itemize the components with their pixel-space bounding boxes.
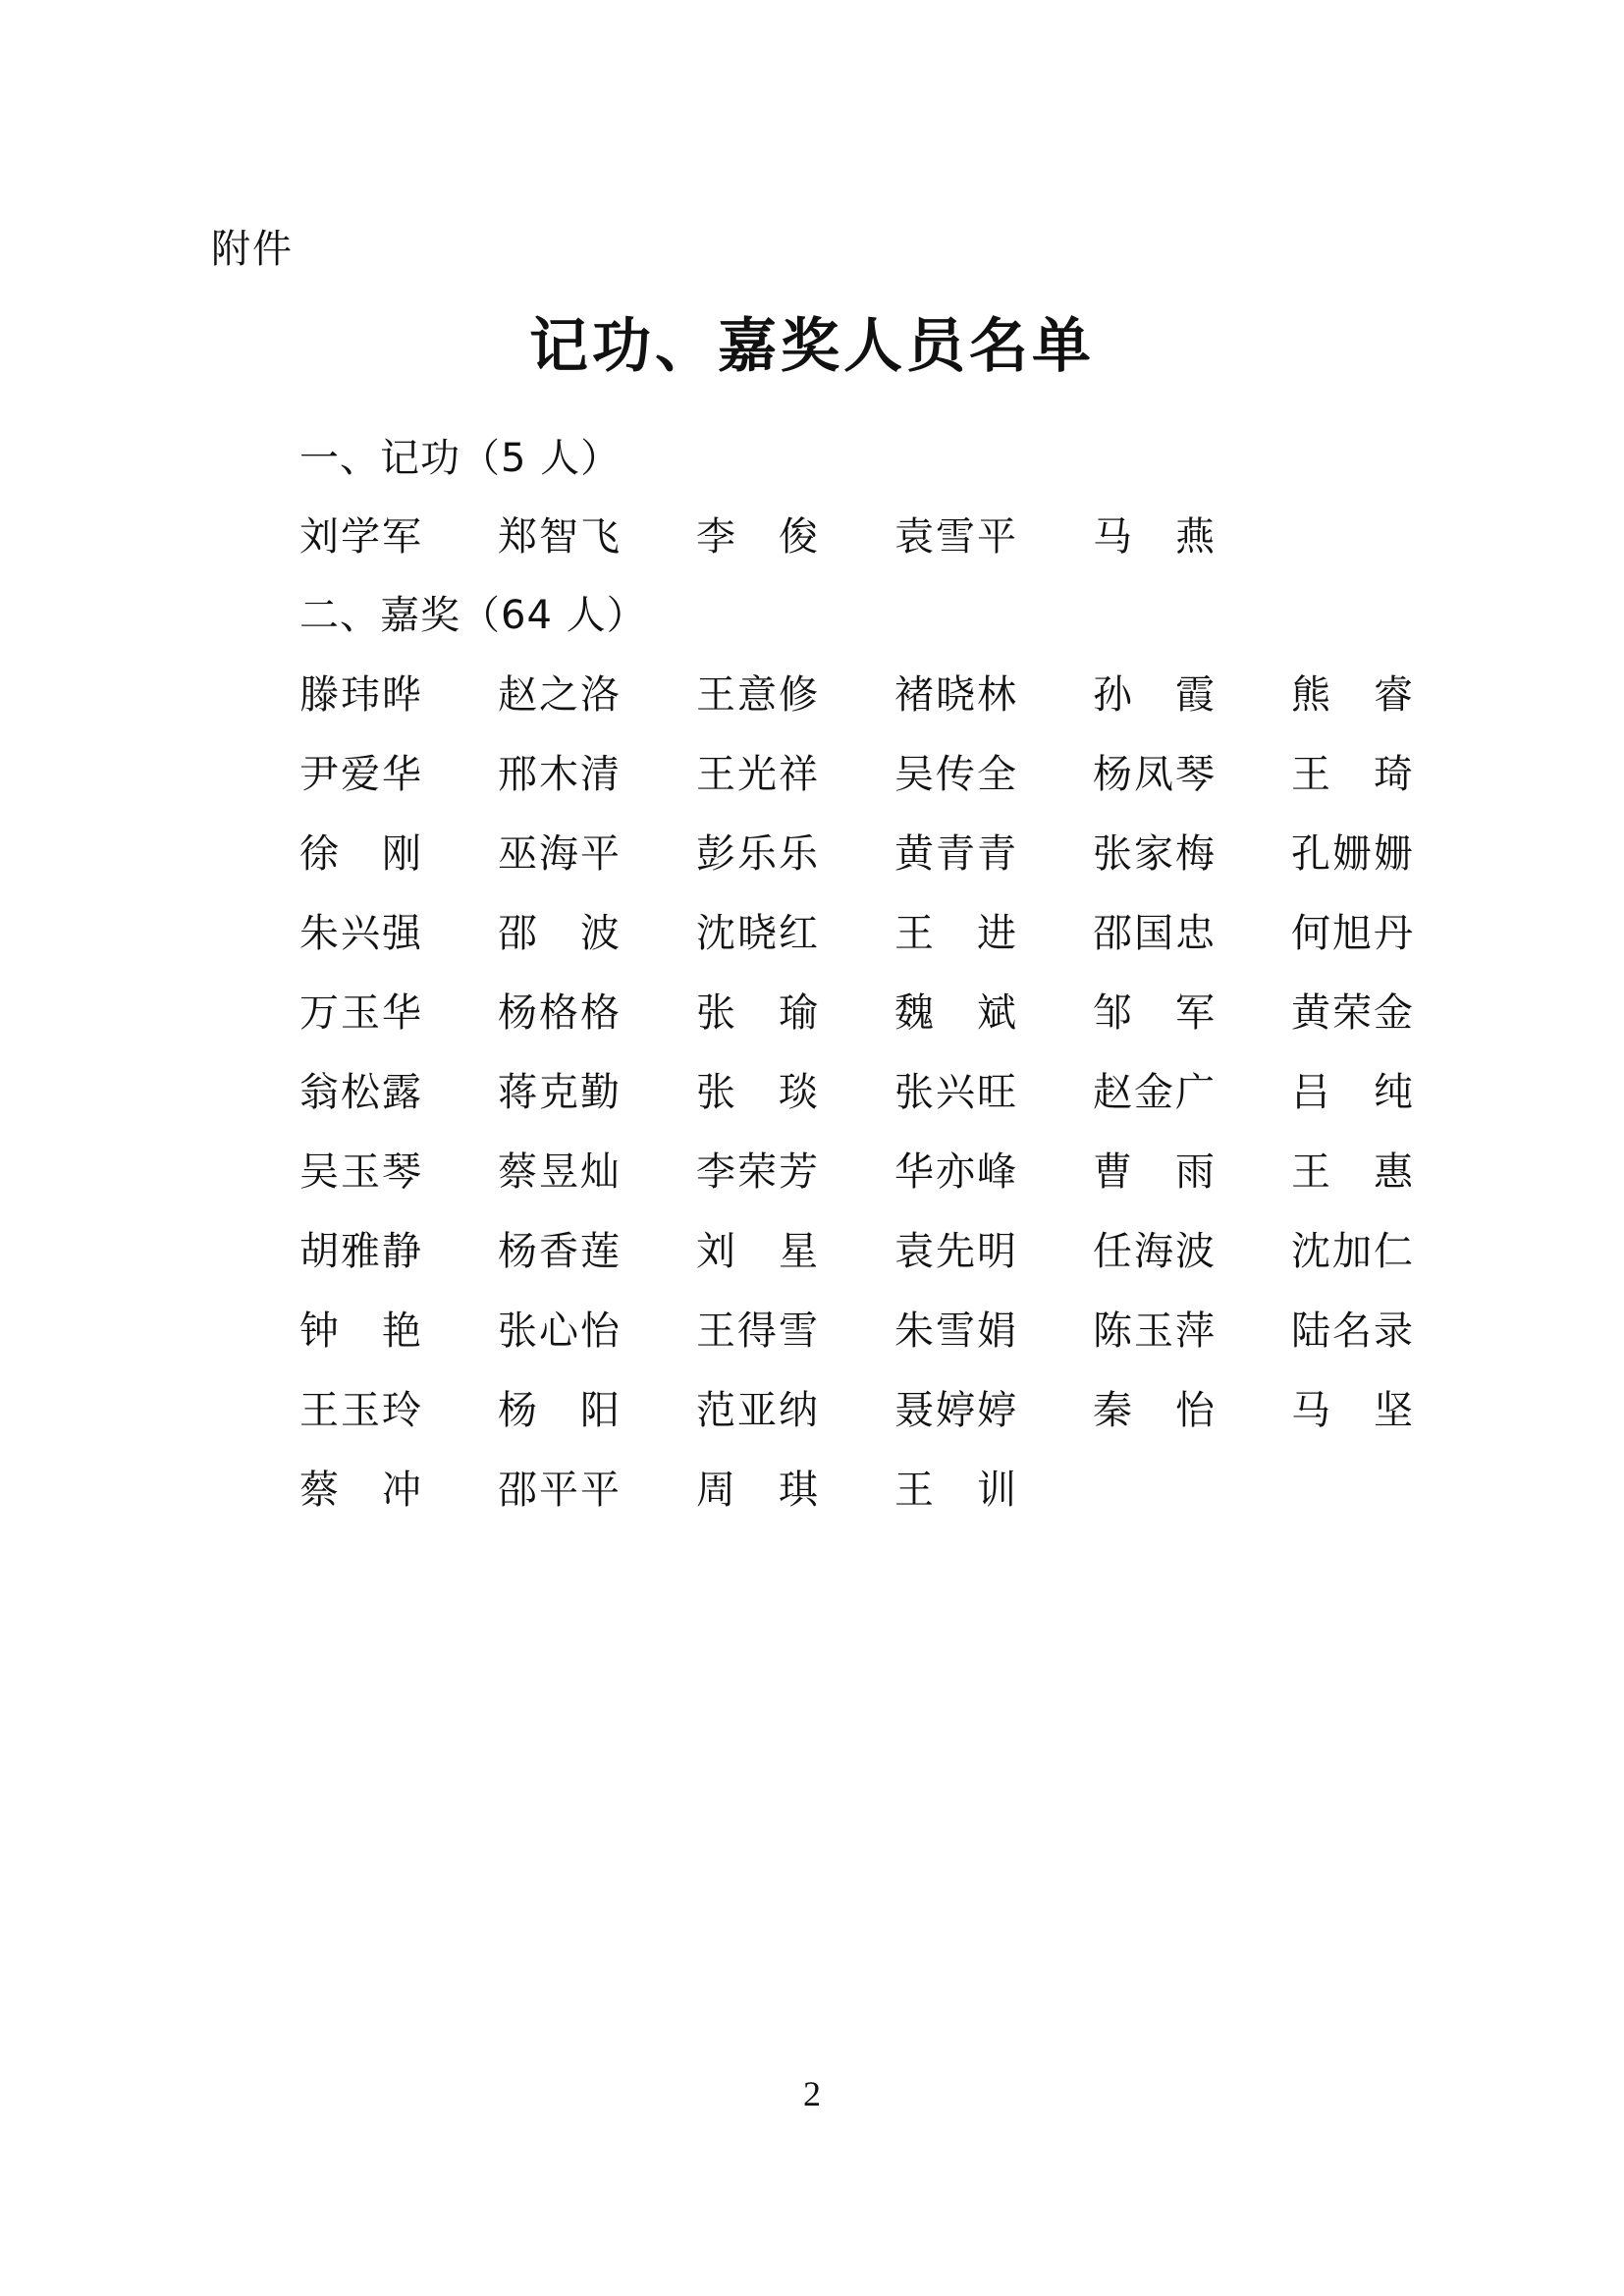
person-name: 秦 怡 [1093, 1379, 1291, 1459]
person-name: 钟 艳 [299, 1300, 498, 1379]
person-name: 张兴旺 [894, 1061, 1093, 1141]
person-name: 魏 斌 [894, 982, 1093, 1061]
person-name: 杨香莲 [498, 1220, 696, 1300]
person-name: 邹 军 [1093, 982, 1291, 1061]
section-heading-merit: 一、记功（5 人） [299, 427, 621, 483]
page-number: 2 [0, 2073, 1624, 2114]
person-name: 杨凤琴 [1093, 743, 1291, 823]
person-name: 赵金广 [1093, 1061, 1291, 1141]
person-name: 曹 雨 [1093, 1141, 1291, 1220]
person-name: 李 俊 [696, 506, 894, 585]
name-row: 胡雅静杨香莲刘 星袁先明任海波沈加仁 [299, 1220, 1489, 1300]
person-name: 朱雪娟 [894, 1300, 1093, 1379]
attachment-label: 附件 [211, 218, 294, 274]
name-row: 刘学军 郑智飞 李 俊 袁雪平 马 燕 [299, 506, 1291, 585]
person-name: 袁雪平 [894, 506, 1093, 585]
person-name: 赵之洛 [498, 664, 696, 743]
person-name: 杨 阳 [498, 1379, 696, 1459]
person-name: 万玉华 [299, 982, 498, 1061]
name-row: 吴玉琴蔡昱灿李荣芳华亦峰曹 雨王 惠 [299, 1141, 1489, 1220]
person-name: 马 燕 [1093, 506, 1291, 585]
person-name: 邵 波 [498, 902, 696, 982]
person-name: 吕 纯 [1291, 1061, 1489, 1141]
person-name: 张心怡 [498, 1300, 696, 1379]
person-name: 杨格格 [498, 982, 696, 1061]
name-row: 朱兴强邵 波沈晓红王 进邵国忠何旭丹 [299, 902, 1489, 982]
person-name: 郑智飞 [498, 506, 696, 585]
person-name: 王 惠 [1291, 1141, 1489, 1220]
person-name: 刘 星 [696, 1220, 894, 1300]
person-name: 翁松露 [299, 1061, 498, 1141]
person-name: 黄青青 [894, 823, 1093, 902]
person-name: 滕玮晔 [299, 664, 498, 743]
person-name: 陈玉萍 [1093, 1300, 1291, 1379]
person-name: 张家梅 [1093, 823, 1291, 902]
person-name: 刘学军 [299, 506, 498, 585]
person-name: 任海波 [1093, 1220, 1291, 1300]
name-row: 尹爱华邢木清王光祥吴传全杨凤琴王 琦 [299, 743, 1489, 823]
person-name: 彭乐乐 [696, 823, 894, 902]
person-name: 王意修 [696, 664, 894, 743]
person-name: 王光祥 [696, 743, 894, 823]
person-name: 华亦峰 [894, 1141, 1093, 1220]
person-name: 孔姗姗 [1291, 823, 1489, 902]
merit-name-list: 刘学军 郑智飞 李 俊 袁雪平 马 燕 [299, 506, 1291, 585]
person-name: 王 训 [894, 1459, 1093, 1538]
name-row: 万玉华杨格格张 瑜魏 斌邹 军黄荣金 [299, 982, 1489, 1061]
person-name: 袁先明 [894, 1220, 1093, 1300]
person-name: 蔡昱灿 [498, 1141, 696, 1220]
person-name: 邵平平 [498, 1459, 696, 1538]
person-name: 褚晓林 [894, 664, 1093, 743]
person-name: 王 琦 [1291, 743, 1489, 823]
name-row: 滕玮晔赵之洛王意修褚晓林孙 霞熊 睿 [299, 664, 1489, 743]
name-row: 翁松露蒋克勤张 琰张兴旺赵金广吕 纯 [299, 1061, 1489, 1141]
person-name: 吴玉琴 [299, 1141, 498, 1220]
person-name: 王得雪 [696, 1300, 894, 1379]
person-name: 黄荣金 [1291, 982, 1489, 1061]
person-name: 范亚纳 [696, 1379, 894, 1459]
person-name: 蒋克勤 [498, 1061, 696, 1141]
person-name: 周 琪 [696, 1459, 894, 1538]
person-name: 王玉玲 [299, 1379, 498, 1459]
name-row: 钟 艳张心怡王得雪朱雪娟陈玉萍陆名录 [299, 1300, 1489, 1379]
person-name: 熊 睿 [1291, 664, 1489, 743]
person-name: 张 瑜 [696, 982, 894, 1061]
person-name: 陆名录 [1291, 1300, 1489, 1379]
person-name: 聂婷婷 [894, 1379, 1093, 1459]
person-name: 徐 刚 [299, 823, 498, 902]
name-row: 蔡 冲邵平平周 琪王 训 [299, 1459, 1489, 1538]
name-row: 王玉玲杨 阳范亚纳聂婷婷秦 怡马 坚 [299, 1379, 1489, 1459]
person-name: 沈晓红 [696, 902, 894, 982]
person-name: 巫海平 [498, 823, 696, 902]
person-name: 朱兴强 [299, 902, 498, 982]
name-row: 徐 刚巫海平彭乐乐黄青青张家梅孔姗姗 [299, 823, 1489, 902]
person-name: 邢木清 [498, 743, 696, 823]
person-name: 尹爱华 [299, 743, 498, 823]
person-name: 邵国忠 [1093, 902, 1291, 982]
person-name: 孙 霞 [1093, 664, 1291, 743]
person-name: 胡雅静 [299, 1220, 498, 1300]
commendation-name-list: 滕玮晔赵之洛王意修褚晓林孙 霞熊 睿尹爱华邢木清王光祥吴传全杨凤琴王 琦徐 刚巫… [299, 664, 1489, 1538]
section-heading-commendation: 二、嘉奖（64 人） [299, 584, 647, 640]
person-name: 马 坚 [1291, 1379, 1489, 1459]
person-name: 蔡 冲 [299, 1459, 498, 1538]
person-name: 沈加仁 [1291, 1220, 1489, 1300]
person-name: 何旭丹 [1291, 902, 1489, 982]
person-name: 王 进 [894, 902, 1093, 982]
page-title: 记功、嘉奖人员名单 [0, 299, 1624, 384]
person-name: 张 琰 [696, 1061, 894, 1141]
person-name: 李荣芳 [696, 1141, 894, 1220]
person-name: 吴传全 [894, 743, 1093, 823]
